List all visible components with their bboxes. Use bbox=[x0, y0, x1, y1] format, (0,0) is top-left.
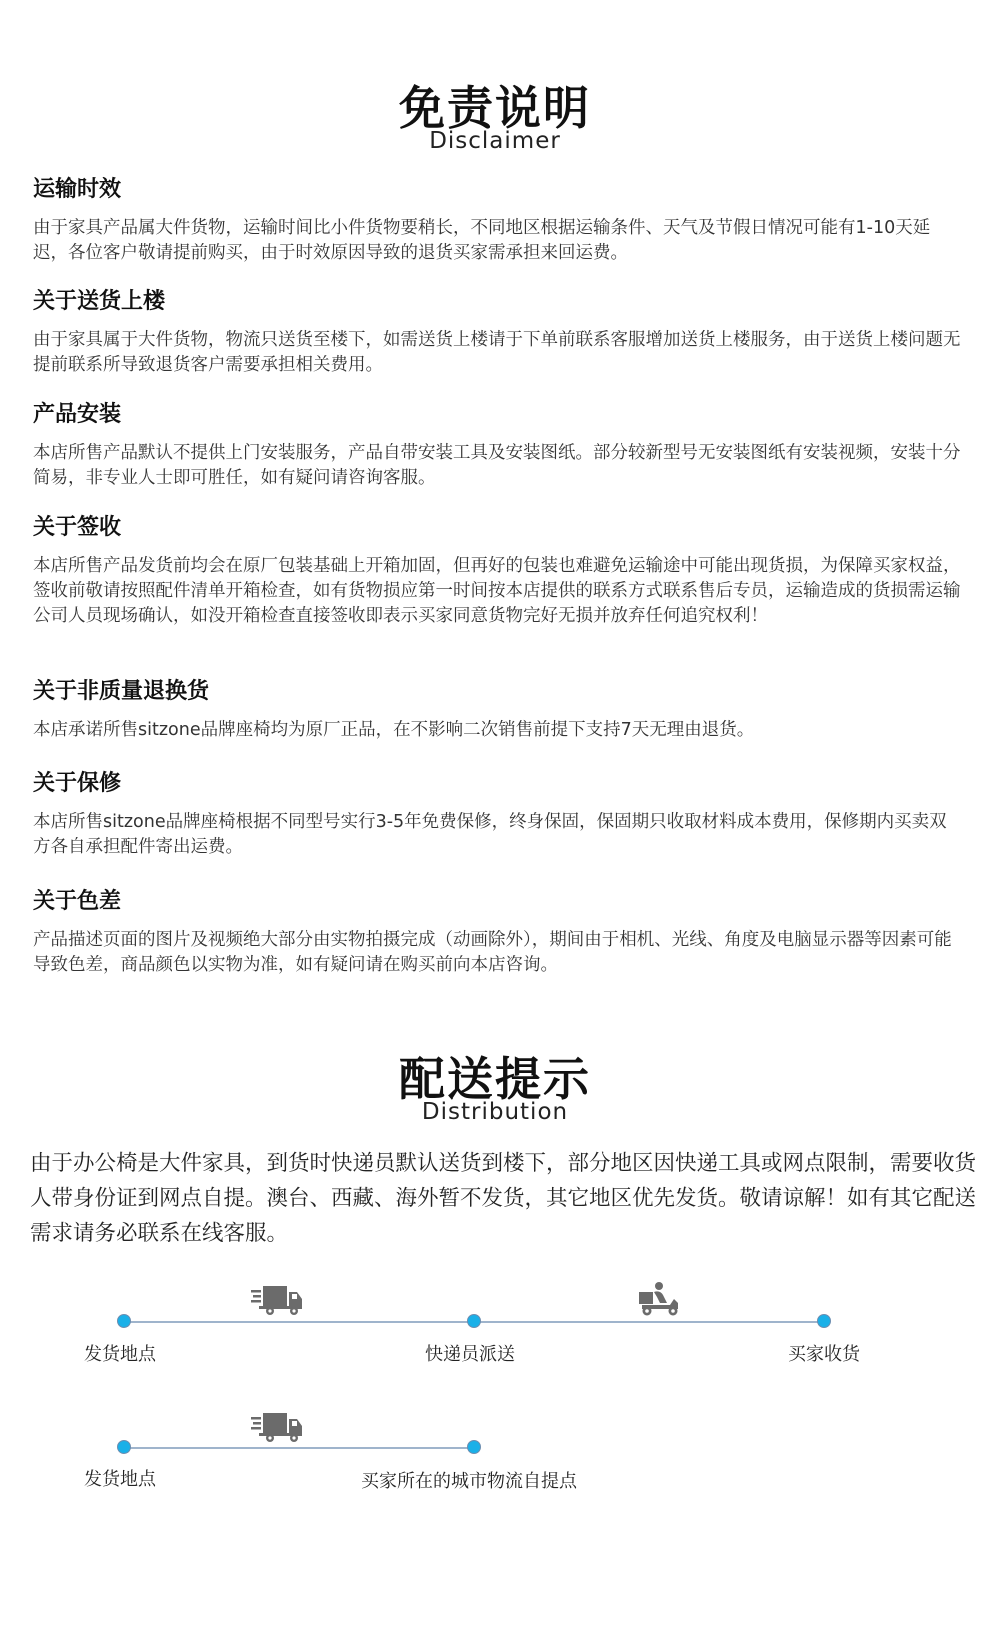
flow-step-label: 买家收货 bbox=[788, 1340, 860, 1366]
distribution-intro: 由于办公椅是大件家具，到货时快递员默认送货到楼下，部分地区因快递工具或网点限制，… bbox=[30, 1146, 980, 1251]
section-shipping-time: 运输时效 由于家具产品属大件货物，运输时间比小件货物要稍长，不同地区根据运输条件… bbox=[33, 176, 963, 266]
section-heading: 关于签收 bbox=[33, 514, 963, 542]
distribution-subtitle: Distribution bbox=[0, 1099, 990, 1125]
flow-step-label: 发货地点 bbox=[84, 1340, 156, 1366]
flow-step-label: 买家所在的城市物流自提点 bbox=[361, 1467, 577, 1493]
flow-dot bbox=[117, 1440, 131, 1454]
section-body: 本店所售产品默认不提供上门安装服务，产品自带安装工具及安装图纸。部分较新型号无安… bbox=[33, 441, 963, 491]
flow-step-label: 发货地点 bbox=[84, 1465, 156, 1491]
delivery-scooter-icon bbox=[636, 1281, 682, 1321]
section-heading: 关于非质量退换货 bbox=[33, 678, 963, 706]
truck-icon bbox=[249, 1411, 305, 1447]
truck-icon bbox=[249, 1284, 305, 1320]
section-body: 本店所售sitzone品牌座椅根据不同型号实行3-5年免费保修，终身保固，保固期… bbox=[33, 810, 963, 860]
section-body: 由于家具属于大件货物，物流只送货至楼下，如需送货上楼请于下单前联系客服增加送货上… bbox=[33, 328, 963, 378]
section-heading: 产品安装 bbox=[33, 401, 963, 429]
flow-dot bbox=[467, 1314, 481, 1328]
section-body: 本店所售产品发货前均会在原厂包装基础上开箱加固，但再好的包装也难避免运输途中可能… bbox=[33, 554, 963, 629]
section-color-difference: 关于色差 产品描述页面的图片及视频绝大部分由实物拍摄完成（动画除外），期间由于相… bbox=[33, 888, 963, 978]
section-sign-for-receipt: 关于签收 本店所售产品发货前均会在原厂包装基础上开箱加固，但再好的包装也难避免运… bbox=[33, 514, 963, 629]
section-heading: 关于色差 bbox=[33, 888, 963, 916]
section-non-quality-returns: 关于非质量退换货 本店承诺所售sitzone品牌座椅均为原厂正品，在不影响二次销… bbox=[33, 678, 963, 743]
section-warranty: 关于保修 本店所售sitzone品牌座椅根据不同型号实行3-5年免费保修，终身保… bbox=[33, 770, 963, 860]
section-heading: 关于送货上楼 bbox=[33, 288, 963, 316]
section-upstairs-delivery: 关于送货上楼 由于家具属于大件货物，物流只送货至楼下，如需送货上楼请于下单前联系… bbox=[33, 288, 963, 378]
section-body: 产品描述页面的图片及视频绝大部分由实物拍摄完成（动画除外），期间由于相机、光线、… bbox=[33, 928, 963, 978]
section-body: 由于家具产品属大件货物，运输时间比小件货物要稍长，不同地区根据运输条件、天气及节… bbox=[33, 216, 963, 266]
flow-dot bbox=[467, 1440, 481, 1454]
section-body: 本店承诺所售sitzone品牌座椅均为原厂正品，在不影响二次销售前提下支持7天无… bbox=[33, 718, 963, 743]
section-heading: 运输时效 bbox=[33, 176, 963, 204]
section-installation: 产品安装 本店所售产品默认不提供上门安装服务，产品自带安装工具及安装图纸。部分较… bbox=[33, 401, 963, 491]
flow-step-label: 快递员派送 bbox=[425, 1340, 515, 1366]
flow-dot bbox=[817, 1314, 831, 1328]
disclaimer-subtitle: Disclaimer bbox=[0, 128, 990, 154]
flow-line bbox=[124, 1447, 474, 1449]
flow-dot bbox=[117, 1314, 131, 1328]
section-heading: 关于保修 bbox=[33, 770, 963, 798]
